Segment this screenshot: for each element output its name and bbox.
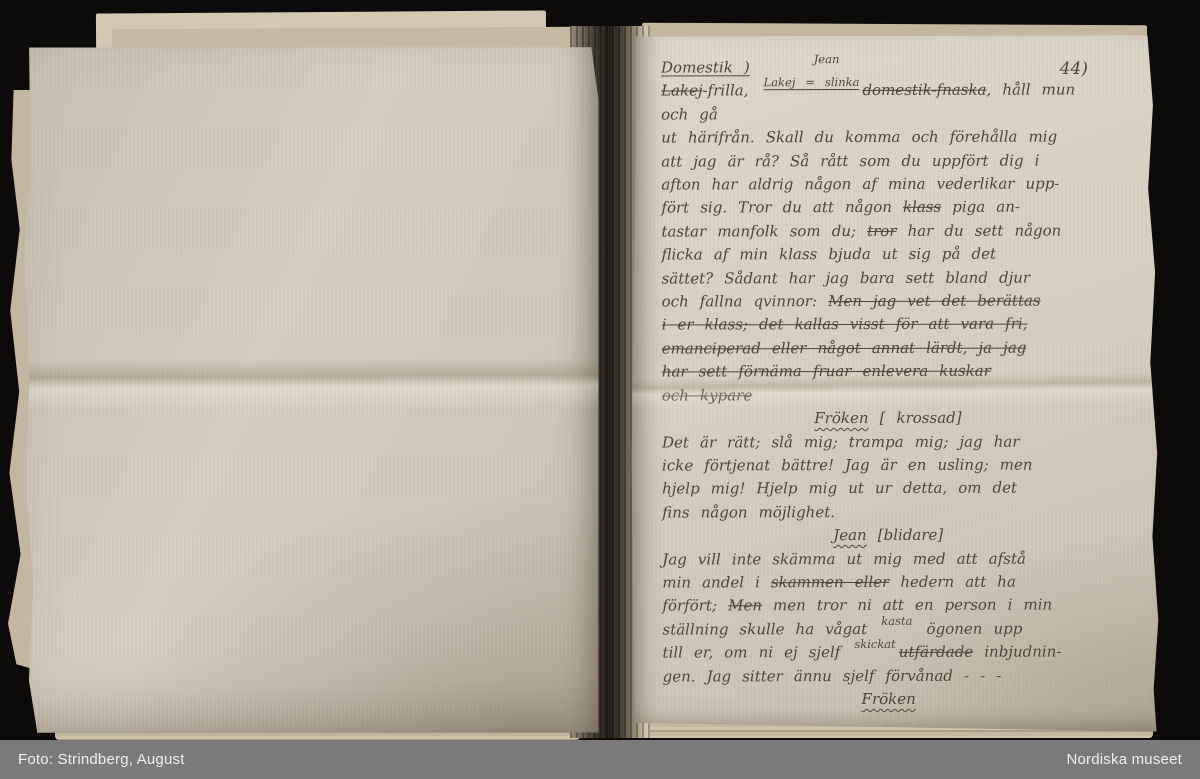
handwritten-text: ögonen upp xyxy=(915,619,1022,637)
handwritten-text: fört sig. Tror du att någon xyxy=(661,198,903,217)
handwritten-text: hjelp mig! Hjelp mig ut ur detta, om det xyxy=(662,479,1017,498)
manuscript-line: Fröken xyxy=(663,687,1115,712)
manuscript-line: Jean [blidare] xyxy=(662,523,1114,548)
museum-credit: Nordiska museet xyxy=(1066,751,1182,768)
struck-text: emanciperad eller något annat lärdt, ja … xyxy=(662,338,1027,357)
manuscript-line: och kypare xyxy=(662,383,1114,408)
manuscript-line: Jag vill inte skämma ut mig med att afst… xyxy=(662,547,1114,572)
manuscript-line: sättet? Sådant har jag bara sett bland d… xyxy=(662,266,1114,291)
manuscript-line: ut härifrån. Skall du komma och förehåll… xyxy=(661,126,1113,151)
manuscript-line: Domestik )Jean xyxy=(661,55,1113,80)
right-page: 44) Domestik )JeanLakej-frilla, Lakej = … xyxy=(630,32,1166,731)
handwritten-text: Jean xyxy=(833,526,867,544)
manuscript-line: min andel i skammen eller hedern att ha xyxy=(662,570,1114,595)
handwritten-text: Jag vill inte skämma ut mig med att afst… xyxy=(662,549,1026,568)
handwritten-text: har du sett någon xyxy=(896,221,1061,239)
photo-credit: Foto: Strindberg, August xyxy=(18,751,185,768)
handwritten-text: Fröken xyxy=(862,690,916,708)
handwritten-text: Fröken xyxy=(814,409,868,427)
handwritten-text: ut härifrån. Skall du komma och förehåll… xyxy=(661,128,1057,147)
manuscript-line: har sett förnäma fruar enlevera kuskar xyxy=(662,360,1114,385)
handwritten-text: och fallna qvinnor: xyxy=(662,292,828,310)
manuscript-line: till er, om ni ej sjelf skickatutfärdade… xyxy=(663,641,1115,666)
manuscript-text: Domestik )JeanLakej-frilla, Lakej = slin… xyxy=(661,55,1115,747)
handwritten-text: flicka af min klass bjuda ut sig på det xyxy=(661,245,996,264)
handwritten-text: tastar manfolk som du; xyxy=(661,222,867,241)
manuscript-line: att jag är rå? Så rått som du uppfört di… xyxy=(661,149,1113,174)
inserted-word: Jean xyxy=(814,54,840,64)
handwritten-text: [blidare] xyxy=(867,526,944,544)
handwritten-text: men tror ni att en person i min xyxy=(762,596,1052,615)
handwritten-text: sättet? Sådant har jag bara sett bland d… xyxy=(662,268,1031,287)
struck-text: skammen eller xyxy=(771,573,889,591)
manuscript-line: afton har aldrig någon af mina vederlika… xyxy=(661,172,1113,197)
manuscript-line: tastar manfolk som du; tror har du sett … xyxy=(661,219,1113,244)
struck-text: Men xyxy=(728,597,762,615)
handwritten-text: icke förtjenat bättre! Jag är en usling;… xyxy=(662,455,1033,474)
handwritten-text: ställning skulle ha vågat xyxy=(662,620,878,639)
inserted-word: skickat xyxy=(854,639,895,649)
struck-text: har sett förnäma fruar enlevera kuskar xyxy=(662,362,991,381)
manuscript-line: Det är rätt; slå mig; trampa mig; jag ha… xyxy=(662,430,1114,455)
struck-text: Lakej xyxy=(661,82,703,100)
manuscript-line: fins någon möjlighet. xyxy=(662,500,1114,525)
struck-text: klass xyxy=(903,198,941,216)
handwritten-text: piga an- xyxy=(941,198,1020,216)
manuscript-line: och fallna qvinnor: Men jag vet det berä… xyxy=(662,289,1114,314)
inserted-word: Lakej = slinka xyxy=(764,77,860,87)
manuscript-line: Lakej-frilla, Lakej = slinkadomestik-fna… xyxy=(661,79,1113,127)
handwritten-text: gen. Jag sitter ännu sjelf förvånad - - … xyxy=(663,666,1002,685)
handwritten-text: afton har aldrig någon af mina vederlika… xyxy=(661,175,1059,194)
struck-text: och kypare xyxy=(662,386,752,404)
handwritten-text: -frilla, xyxy=(703,82,760,100)
handwritten-text: hedern att ha xyxy=(889,573,1016,591)
handwritten-text: Det är rätt; slå mig; trampa mig; jag ha… xyxy=(662,432,1020,451)
handwritten-text: inbjudnin- xyxy=(973,643,1061,661)
struck-text: i er klass; det kallas visst för att var… xyxy=(662,315,1028,334)
manuscript-line: icke förtjenat bättre! Jag är en usling;… xyxy=(662,453,1114,478)
manuscript-line: emanciperad eller något annat lärdt, ja … xyxy=(662,336,1114,361)
handwritten-text: att jag är rå? Så rått som du uppfört di… xyxy=(661,151,1039,170)
manuscript-line: gen. Jag sitter ännu sjelf förvånad - - … xyxy=(663,664,1115,689)
manuscript-line: hjelp mig! Hjelp mig ut ur detta, om det xyxy=(662,477,1114,502)
struck-text: utfärdade xyxy=(899,643,973,661)
caption-bar: Foto: Strindberg, August Nordiska museet xyxy=(0,740,1200,779)
handwritten-text: fins någon möjlighet. xyxy=(662,503,835,521)
struck-text: Men jag vet det berättas xyxy=(828,292,1041,311)
archive-photo: 44) Domestik )JeanLakej-frilla, Lakej = … xyxy=(0,0,1200,779)
manuscript-line: fört sig. Tror du att någon klass piga a… xyxy=(661,196,1113,221)
left-page xyxy=(22,44,602,735)
struck-text: tror xyxy=(867,222,896,240)
handwritten-text: Domestik ) xyxy=(661,58,750,76)
handwritten-text: till er, om ni ej sjelf xyxy=(663,643,852,661)
handwritten-text: [ krossad] xyxy=(868,409,961,427)
manuscript-line: flicka af min klass bjuda ut sig på det xyxy=(661,243,1113,268)
handwritten-text: förfört; xyxy=(662,597,728,615)
inserted-word: kasta xyxy=(881,616,912,626)
manuscript-line: Fröken [ krossad] xyxy=(662,406,1114,431)
struck-text: domestik-fnaska xyxy=(862,81,986,99)
manuscript-line: i er klass; det kallas visst för att var… xyxy=(662,313,1114,338)
handwritten-text: min andel i xyxy=(662,573,771,591)
